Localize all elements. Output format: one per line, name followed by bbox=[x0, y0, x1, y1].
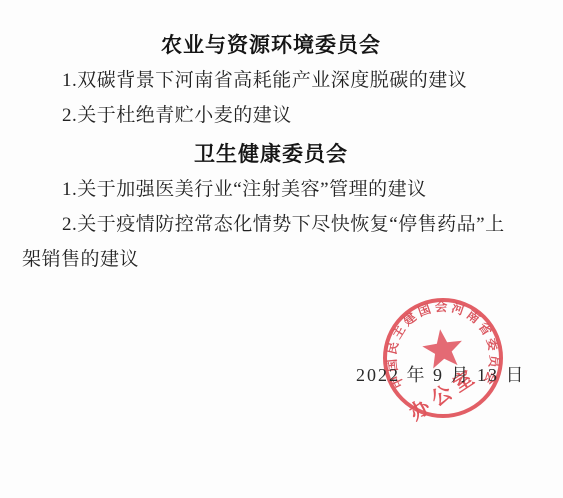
official-seal: 中国民主建国会河南省委员会 办公室 bbox=[381, 296, 505, 420]
date-text: 2022 年 9 月 13 日 bbox=[356, 361, 526, 387]
section-title-health: 卫生健康委员会 bbox=[22, 137, 520, 172]
proposal-item: 1.关于加强医美行业“注射美容”管理的建议 bbox=[22, 172, 520, 207]
section-title-agriculture: 农业与资源环境委员会 bbox=[22, 28, 520, 63]
document-body: 农业与资源环境委员会 1.双碳背景下河南省高耗能产业深度脱碳的建议 2.关于杜绝… bbox=[22, 28, 520, 277]
proposal-item: 2.关于杜绝青贮小麦的建议 bbox=[22, 98, 520, 133]
document-page: 农业与资源环境委员会 1.双碳背景下河南省高耗能产业深度脱碳的建议 2.关于杜绝… bbox=[0, 0, 563, 498]
proposal-item: 1.双碳背景下河南省高耗能产业深度脱碳的建议 bbox=[22, 63, 520, 98]
proposal-item: 2.关于疫情防控常态化情势下尽快恢复“停售药品”上架销售的建议 bbox=[22, 207, 520, 277]
